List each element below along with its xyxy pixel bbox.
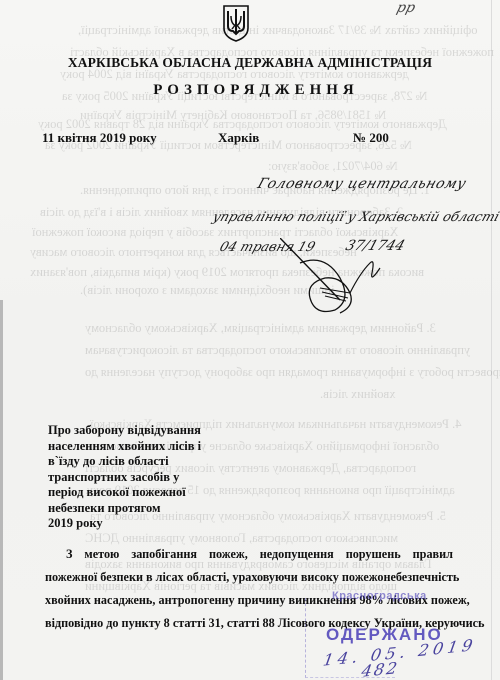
- organization-name: ХАРКІВСЬКА ОБЛАСНА ДЕРЖАВНА АДМІНІСТРАЦІ…: [0, 55, 500, 71]
- document-number: № 200: [353, 130, 389, 146]
- document-page: офіційних сайтах № 39/17 Законодавчих ін…: [0, 0, 500, 680]
- trident-emblem-icon: [222, 4, 250, 42]
- page-fold-line: [491, 0, 492, 680]
- stamp-organization: Красноградська: [332, 590, 427, 602]
- body-line: пожежної безпеки в лісах області, урахов…: [45, 566, 453, 589]
- document-city: Харків: [218, 130, 259, 146]
- scan-left-edge: [0, 300, 3, 680]
- document-type: РОЗПОРЯДЖЕННЯ: [0, 82, 500, 99]
- stamp-number: 482: [360, 658, 400, 680]
- document-date: 11 квітня 2019 року: [42, 130, 157, 146]
- body-line: З метою запобігання пожеж, недопущення п…: [45, 543, 453, 566]
- document-subject: Про заборону відвідування населенням хво…: [48, 423, 228, 532]
- resolution-line-1: Головному центральному: [255, 176, 468, 192]
- resolution-line-2: управлінню поліції у Харківській області: [211, 210, 500, 225]
- corner-handwritten-mark: рр: [395, 0, 417, 16]
- signature-icon: [280, 238, 420, 318]
